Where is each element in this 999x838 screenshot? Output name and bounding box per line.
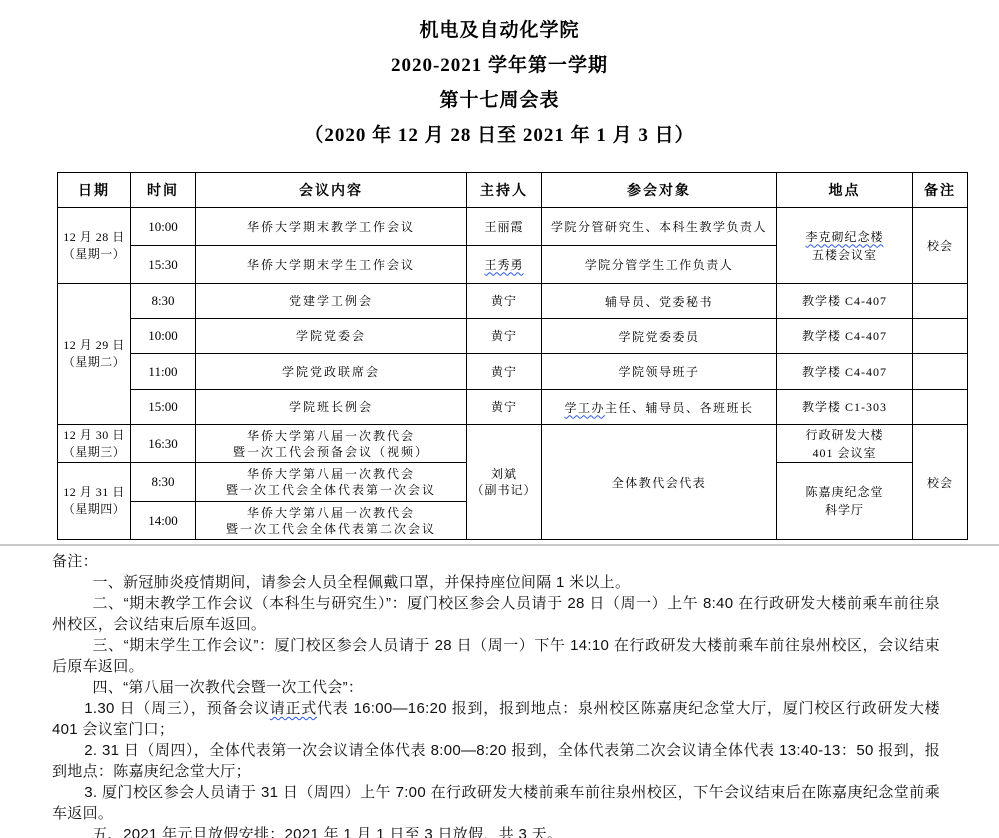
note-item-1: 一、新冠肺炎疫情期间，请参会人员全程佩戴口罩，并保持座位间隔 1 米以上。 — [52, 572, 940, 593]
document-page: { "colors": { "wavy_underline": "#2b59e0… — [0, 0, 999, 838]
note-item-3: 三、“期末学生工作会议”：厦门校区参会人员请于 28 日（周一）下午 14:10… — [52, 635, 940, 677]
remark-cell-congress: 校会 — [913, 425, 968, 540]
header-cell-remark: 备注 — [913, 173, 968, 208]
table-row: 15:00 学院班长例会 黄宁 学工办主任、辅导员、各班班长 教学楼 C1-30… — [58, 390, 968, 425]
participants-cell: 学院分管学生工作负责人 — [542, 246, 777, 284]
content-cell: 华侨大学期末学生工作会议 — [196, 246, 467, 284]
table-row: 10:00 学院党委会 黄宁 学院党委委员 教学楼 C4-407 — [58, 319, 968, 354]
time-cell: 8:30 — [131, 463, 196, 502]
participants-cell: 学院党委委员 — [542, 319, 777, 354]
note-item-4-1: 1.30 日（周三），预备会议请正式代表 16:00—16:20 报到，报到地点… — [52, 698, 940, 740]
remark-cell-empty — [913, 284, 968, 319]
notes-section: 备注： 一、新冠肺炎疫情期间，请参会人员全程佩戴口罩，并保持座位间隔 1 米以上… — [52, 551, 940, 838]
time-cell: 11:00 — [131, 354, 196, 390]
header-cell-content: 会议内容 — [196, 173, 467, 208]
title-line-daterange: （2020 年 12 月 28 日至 2021 年 1 月 3 日） — [0, 118, 999, 153]
document-title: 机电及自动化学院 2020-2021 学年第一学期 第十七周会表 （2020 年… — [0, 13, 999, 153]
host-cell: 黄宁 — [467, 390, 542, 425]
page-boundary-divider — [0, 544, 999, 546]
location-cell: 教学楼 C1-303 — [777, 390, 913, 425]
table-row: 12 月 29 日 （星期二） 8:30 党建学工例会 黄宁 辅导员、党委秘书 … — [58, 284, 968, 319]
header-cell-time: 时间 — [131, 173, 196, 208]
note-item-4-2: 2. 31 日（周四），全体代表第一次会议请全体代表 8:00—8:20 报到，… — [52, 740, 940, 782]
host-cell-congress: 刘斌 （副书记） — [467, 425, 542, 540]
notes-heading: 备注： — [52, 551, 940, 572]
content-cell: 学院党委会 — [196, 319, 467, 354]
title-line-college: 机电及自动化学院 — [0, 13, 999, 48]
title-line-semester: 2020-2021 学年第一学期 — [0, 48, 999, 83]
header-cell-host: 主持人 — [467, 173, 542, 208]
location-cell: 教学楼 C4-407 — [777, 284, 913, 319]
schedule-table: 日期 时间 会议内容 主持人 参会对象 地点 备注 12 月 28 日 （星期一… — [57, 172, 968, 540]
location-cell-dec31: 陈嘉庚纪念堂 科学厅 — [777, 463, 913, 540]
time-cell: 14:00 — [131, 502, 196, 540]
content-cell: 华侨大学期末教学工作会议 — [196, 208, 467, 246]
note-item-4: 四、“第八届一次教代会暨一次工代会”： — [52, 677, 940, 698]
content-cell: 华侨大学第八届一次教代会 暨一次工代会预备会议（视频） — [196, 425, 467, 463]
host-cell: 王秀勇 — [467, 246, 542, 284]
host-cell: 黄宁 — [467, 319, 542, 354]
time-cell: 15:00 — [131, 390, 196, 425]
remark-cell-empty — [913, 390, 968, 425]
time-cell: 8:30 — [131, 284, 196, 319]
participants-cell: 辅导员、党委秘书 — [542, 284, 777, 319]
location-cell: 教学楼 C4-407 — [777, 354, 913, 390]
content-cell: 学院党政联席会 — [196, 354, 467, 390]
remark-cell-empty — [913, 354, 968, 390]
time-cell: 15:30 — [131, 246, 196, 284]
note-item-5: 五、2021 年元旦放假安排：2021 年 1 月 1 日至 3 日放假，共 3… — [52, 824, 940, 838]
date-cell-dec29: 12 月 29 日 （星期二） — [58, 284, 131, 425]
host-cell: 王丽霞 — [467, 208, 542, 246]
location-cell-dec30: 行政研发大楼 401 会议室 — [777, 425, 913, 463]
time-cell: 10:00 — [131, 208, 196, 246]
date-cell-dec31: 12 月 31 日 （星期四） — [58, 463, 131, 540]
header-row: 日期 时间 会议内容 主持人 参会对象 地点 备注 — [58, 173, 968, 208]
date-cell-dec28: 12 月 28 日 （星期一） — [58, 208, 131, 284]
content-cell: 党建学工例会 — [196, 284, 467, 319]
table-row: 11:00 学院党政联席会 黄宁 学院领导班子 教学楼 C4-407 — [58, 354, 968, 390]
time-cell: 10:00 — [131, 319, 196, 354]
host-cell: 黄宁 — [467, 354, 542, 390]
header-cell-location: 地点 — [777, 173, 913, 208]
location-cell: 教学楼 C4-407 — [777, 319, 913, 354]
content-cell: 华侨大学第八届一次教代会 暨一次工代会全体代表第二次会议 — [196, 502, 467, 540]
participants-cell: 学院分管研究生、本科生教学负责人 — [542, 208, 777, 246]
date-cell-dec30: 12 月 30 日 （星期三） — [58, 425, 131, 463]
host-cell: 黄宁 — [467, 284, 542, 319]
table-row: 12 月 28 日 （星期一） 10:00 华侨大学期末教学工作会议 王丽霞 学… — [58, 208, 968, 246]
table-row: 12 月 30 日 （星期三） 16:30 华侨大学第八届一次教代会 暨一次工代… — [58, 425, 968, 463]
header-cell-date: 日期 — [58, 173, 131, 208]
participants-cell-congress: 全体教代会代表 — [542, 425, 777, 540]
content-cell: 华侨大学第八届一次教代会 暨一次工代会全体代表第一次会议 — [196, 463, 467, 502]
location-cell-dec28: 李克砌纪念楼 五楼会议室 — [777, 208, 913, 284]
note-item-4-3: 3. 厦门校区参会人员请于 31 日（周四）上午 7:00 在行政研发大楼前乘车… — [52, 782, 940, 824]
note-item-2: 二、“期末教学工作会议（本科生与研究生）”：厦门校区参会人员请于 28 日（周一… — [52, 593, 940, 635]
header-cell-participants: 参会对象 — [542, 173, 777, 208]
content-cell: 学院班长例会 — [196, 390, 467, 425]
participants-cell: 学工办主任、辅导员、各班班长 — [542, 390, 777, 425]
participants-cell: 学院领导班子 — [542, 354, 777, 390]
remark-cell-empty — [913, 319, 968, 354]
time-cell: 16:30 — [131, 425, 196, 463]
title-line-week: 第十七周会表 — [0, 83, 999, 118]
remark-cell-dec28: 校会 — [913, 208, 968, 284]
